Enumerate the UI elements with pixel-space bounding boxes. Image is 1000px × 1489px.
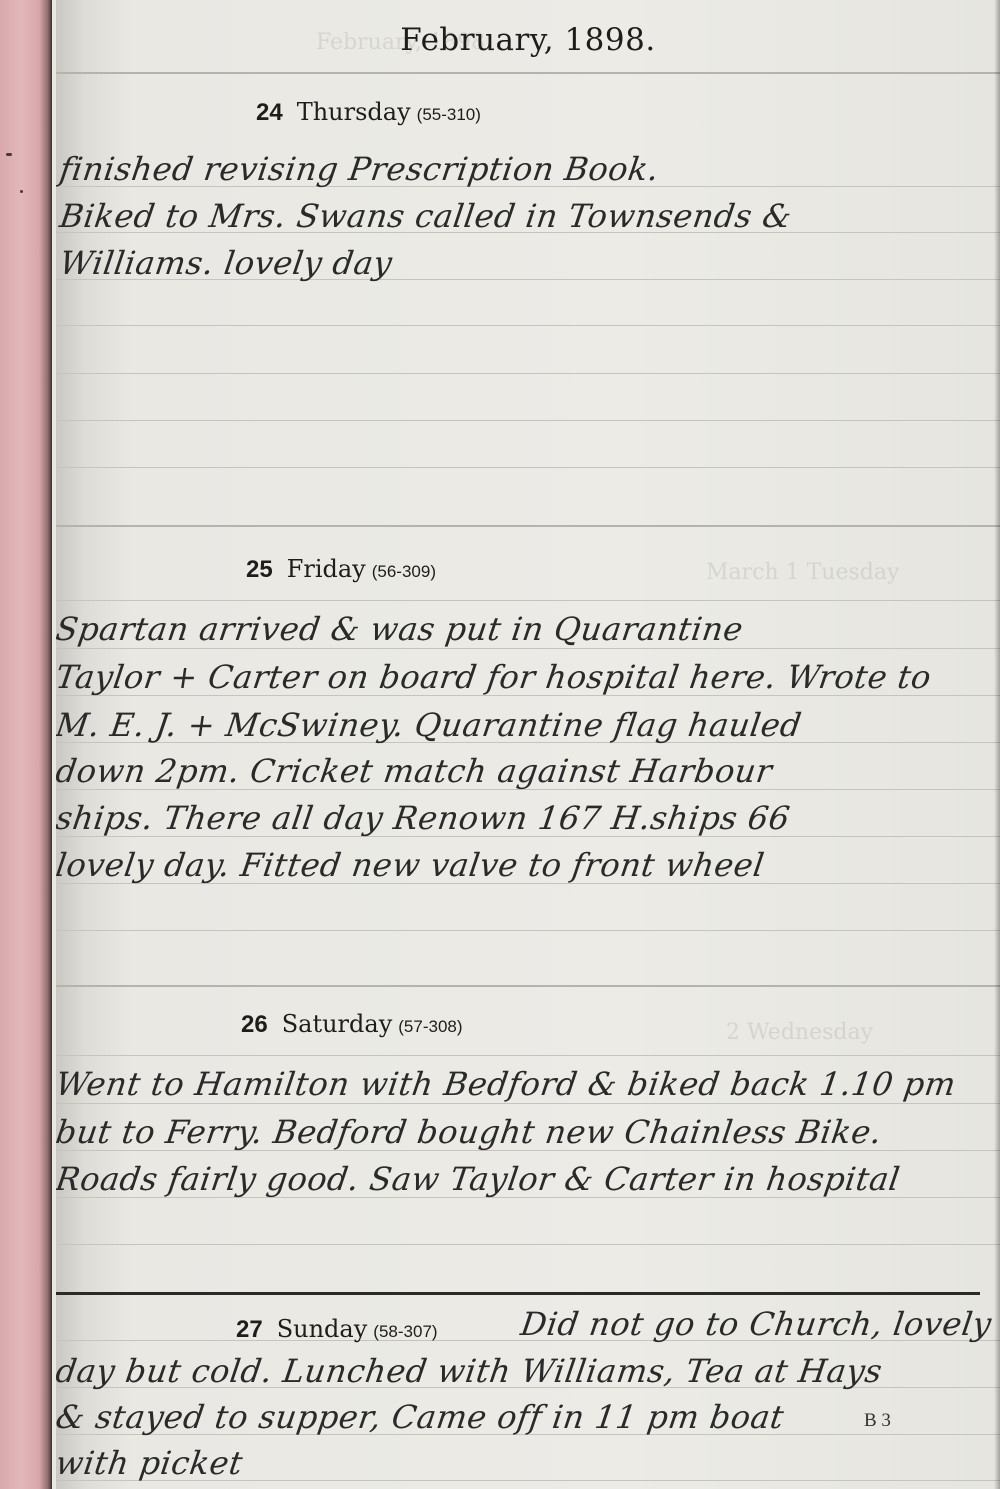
- day-heading-25: 25Friday(56-309): [246, 555, 436, 584]
- ruled-line: [56, 648, 1000, 649]
- handwritten-line: lovely day. Fitted new valve to front wh…: [56, 846, 767, 884]
- show-through-march-1: March 1 Tuesday: [706, 560, 899, 585]
- handwritten-line: with picket: [56, 1444, 245, 1482]
- day-divider: [56, 525, 1000, 527]
- day-heading-24: 24Thursday(55-310): [256, 98, 481, 127]
- day-name: Saturday: [282, 1010, 393, 1038]
- cover-blemish: [6, 153, 12, 156]
- day-count: (57-308): [398, 1017, 462, 1036]
- handwritten-line: finished revising Prescription Book.: [57, 150, 661, 188]
- ruled-line: [56, 373, 1000, 374]
- ruled-line: [56, 600, 1000, 601]
- handwritten-line: M. E. J. + McSwiney. Quarantine flag hau…: [56, 706, 804, 744]
- show-through-march-2: 2 Wednesday: [726, 1020, 873, 1045]
- week-divider: [56, 1292, 980, 1295]
- handwritten-line: Biked to Mrs. Swans called in Townsends …: [57, 197, 794, 235]
- day-name: Thursday: [297, 98, 411, 126]
- ruled-line: [56, 1103, 1000, 1104]
- handwritten-line: down 2pm. Cricket match against Harbour: [56, 752, 775, 790]
- ruled-line: [56, 420, 1000, 421]
- ruled-line: [56, 930, 1000, 931]
- day-number: 25: [246, 556, 273, 583]
- day-name: Sunday: [277, 1315, 368, 1343]
- page-edge-shadow: [994, 0, 1000, 1489]
- header-rule: [56, 72, 1000, 74]
- handwritten-line: Taylor + Carter on board for hospital he…: [56, 658, 934, 696]
- cover-blemish: [20, 190, 23, 193]
- handwritten-line: Williams. lovely day: [57, 244, 394, 282]
- ruled-line: [56, 325, 1000, 326]
- diary-page: February, 1898. March 1 Tuesday 2 Wednes…: [56, 0, 1000, 1489]
- handwritten-line: Spartan arrived & was put in Quarantine: [56, 610, 746, 648]
- day-heading-27: 27Sunday(58-307): [236, 1315, 438, 1344]
- day-number: 27: [236, 1316, 263, 1343]
- page-title: February, 1898.: [56, 22, 1000, 58]
- day-name: Friday: [287, 555, 366, 583]
- handwritten-line: day but cold. Lunched with Williams, Tea…: [56, 1352, 885, 1390]
- day-count: (55-310): [417, 105, 481, 124]
- diary-cover-edge: [0, 0, 52, 1489]
- day-number: 26: [241, 1011, 268, 1038]
- day-heading-26: 26Saturday(57-308): [241, 1010, 463, 1039]
- ruled-line: [56, 1244, 1000, 1245]
- handwritten-line: & stayed to supper, Came off in 11 pm bo…: [56, 1398, 786, 1436]
- day-count: (58-307): [373, 1322, 437, 1341]
- day-count: (56-309): [372, 562, 436, 581]
- handwritten-line-inline: Did not go to Church, lovely: [518, 1305, 994, 1343]
- handwritten-line: Went to Hamilton with Bedford & biked ba…: [56, 1065, 958, 1103]
- ruled-line: [56, 1055, 1000, 1056]
- handwritten-line: ships. There all day Renown 167 H.ships …: [56, 799, 792, 837]
- ruled-line: [56, 467, 1000, 468]
- day-divider: [56, 985, 1000, 987]
- handwritten-line: Roads fairly good. Saw Taylor & Carter i…: [56, 1160, 902, 1198]
- day-number: 24: [256, 99, 283, 126]
- page-reference: B 3: [864, 1410, 891, 1432]
- handwritten-line: but to Ferry. Bedford bought new Chainle…: [56, 1113, 884, 1151]
